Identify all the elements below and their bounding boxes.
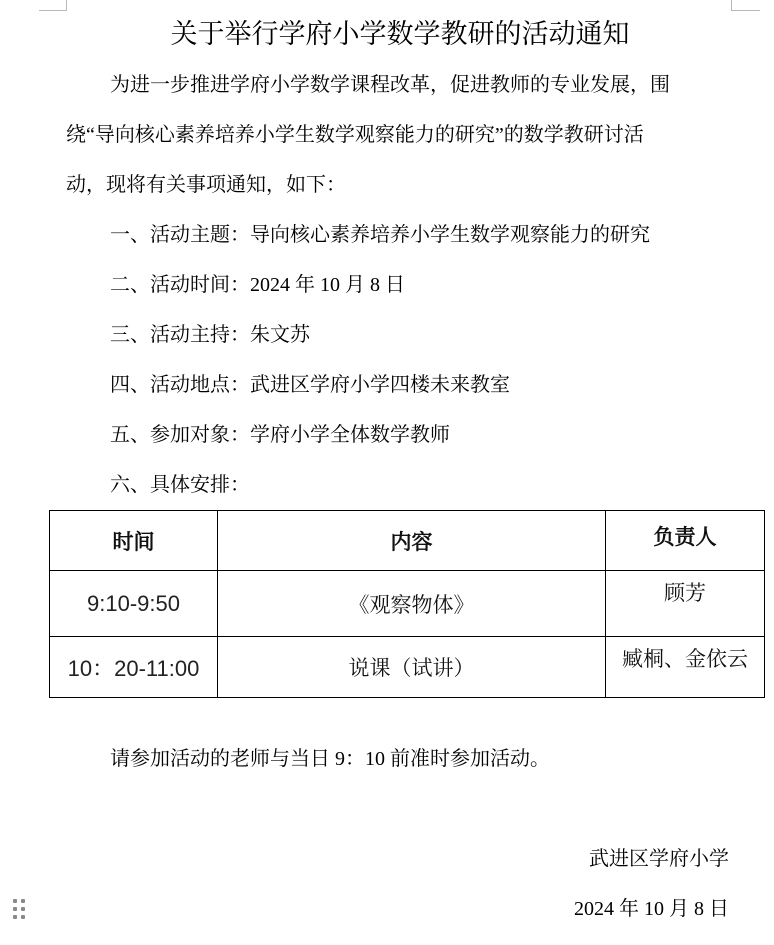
intro-line-3: 动，现将有关事项通知，如下：	[66, 170, 346, 200]
item-location-label: 四、活动地点：	[110, 374, 250, 396]
row-1-time: 9:10-9:50	[50, 571, 218, 637]
item-location: 四、活动地点：武进区学府小学四楼未来教室	[110, 370, 510, 400]
schedule-table: 时间 内容 负责人 9:10-9:50 《观察物体》 顾芳 10：20-11:0…	[49, 510, 765, 698]
item-host-value: 朱文苏	[250, 324, 310, 346]
drag-dot	[13, 899, 17, 903]
row-2-owner: 臧桐、金依云	[606, 637, 765, 698]
table-row: 10：20-11:00 说课（试讲） 臧桐、金依云	[50, 637, 765, 698]
page-corner-mark-top-left	[39, 0, 67, 11]
table-row: 9:10-9:50 《观察物体》 顾芳	[50, 571, 765, 637]
row-2-time: 10：20-11:00	[50, 637, 218, 698]
signature-org: 武进区学府小学	[589, 844, 729, 874]
header-content: 内容	[218, 511, 606, 571]
row-1-content: 《观察物体》	[218, 571, 606, 637]
drag-dot	[13, 907, 17, 911]
drag-handle-icon[interactable]	[13, 899, 25, 920]
header-owner: 负责人	[606, 511, 765, 571]
item-arrangement: 六、具体安排：	[110, 470, 250, 500]
row-1-owner: 顾芳	[606, 571, 765, 637]
item-location-value: 武进区学府小学四楼未来教室	[250, 374, 510, 396]
item-arrangement-label: 六、具体安排：	[110, 474, 250, 496]
item-theme-value: 导向核心素养培养小学生数学观察能力的研究	[250, 224, 650, 246]
closing-note: 请参加活动的老师与当日 9：10 前准时参加活动。	[110, 744, 550, 774]
item-theme-label: 一、活动主题：	[110, 224, 250, 246]
drag-dot	[21, 915, 25, 919]
item-participants: 五、参加对象：学府小学全体数学教师	[110, 420, 450, 450]
document-title: 关于举行学府小学数学教研的活动通知	[0, 14, 774, 54]
item-theme: 一、活动主题：导向核心素养培养小学生数学观察能力的研究	[110, 220, 650, 250]
header-time: 时间	[50, 511, 218, 571]
intro-line-1: 为进一步推进学府小学数学课程改革，促进教师的专业发展，围	[110, 70, 670, 100]
drag-dot	[21, 907, 25, 911]
schedule-header-row: 时间 内容 负责人	[50, 511, 765, 571]
item-time-value: 2024 年 10 月 8 日	[250, 274, 405, 296]
item-host: 三、活动主持：朱文苏	[110, 320, 310, 350]
signature-date: 2024 年 10 月 8 日	[574, 894, 729, 924]
item-time: 二、活动时间：2024 年 10 月 8 日	[110, 270, 405, 300]
intro-line-2: 绕“导向核心素养培养小学生数学观察能力的研究”的数学教研讨活	[66, 120, 644, 150]
item-time-label: 二、活动时间：	[110, 274, 250, 296]
item-participants-value: 学府小学全体数学教师	[250, 424, 450, 446]
item-host-label: 三、活动主持：	[110, 324, 250, 346]
drag-dot	[21, 899, 25, 903]
drag-dot	[13, 915, 17, 919]
page-corner-mark-top-right	[731, 0, 760, 11]
row-2-content: 说课（试讲）	[218, 637, 606, 698]
item-participants-label: 五、参加对象：	[110, 424, 250, 446]
